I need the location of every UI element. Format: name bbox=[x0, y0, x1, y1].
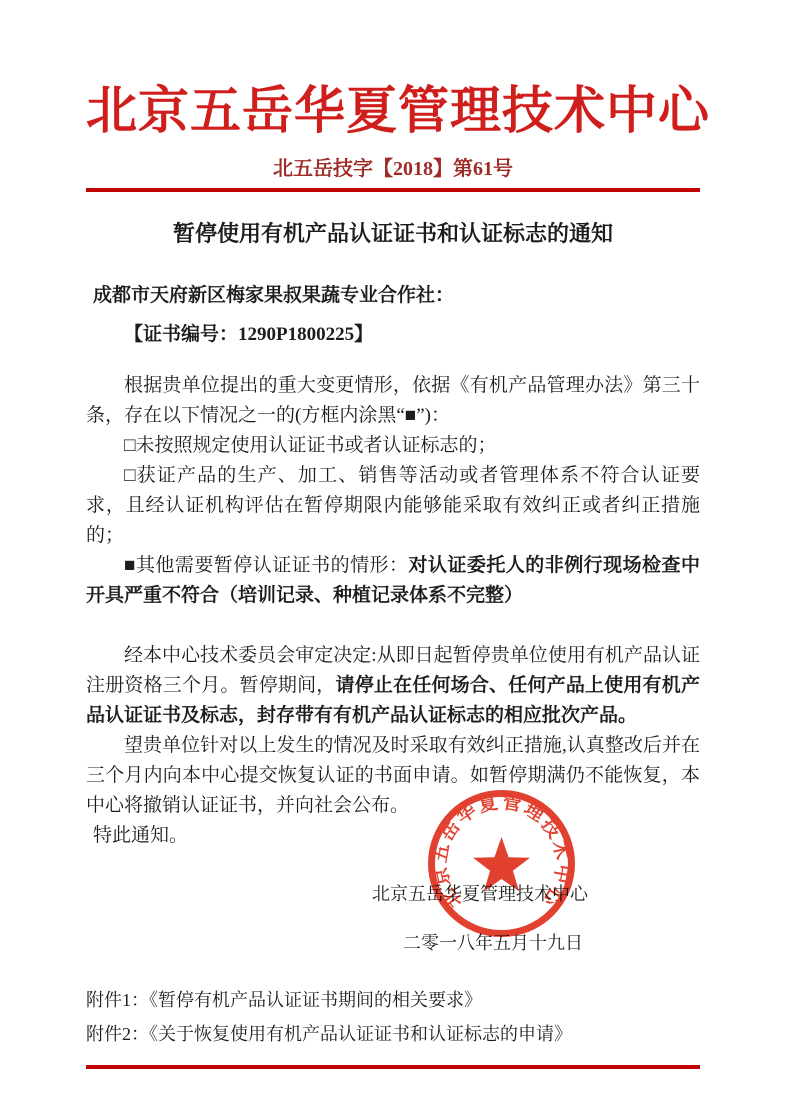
addressee-line: 成都市天府新区梅家果叔果蔬专业合作社： bbox=[86, 284, 700, 308]
attachment-item-1: 附件1：《暂停有机产品认证证书期间的相关要求》 bbox=[86, 983, 700, 1017]
header-divider-rule bbox=[86, 188, 700, 192]
paragraph-closing: 特此通知。 bbox=[86, 821, 700, 851]
paragraph-rectify: 望贵单位针对以上发生的情况及时采取有效纠正措施,认真整改后并在三个月内向本中心提… bbox=[86, 731, 700, 821]
checkbox-option-3-prefix: ■其他需要暂停认证证书的情形： bbox=[124, 555, 408, 576]
signature-org: 北京五岳华夏管理技术中心 bbox=[86, 881, 700, 908]
checkbox-option-2: □获证产品的生产、加工、销售等活动或者管理体系不符合认证要求，且经认证机构评估在… bbox=[86, 461, 700, 551]
attachment-item-2: 附件2：《关于恢复使用有机产品认证证书和认证标志的申请》 bbox=[86, 1017, 700, 1051]
document-page: 北京五岳华夏管理技术中心 北五岳技字【2018】第61号 暂停使用有机产品认证证… bbox=[0, 0, 786, 1115]
certificate-number-line: 【证书编号：1290P1800225】 bbox=[86, 323, 700, 347]
paragraph-intro: 根据贵单位提出的重大变更情形，依据《有机产品管理办法》第三十条，存在以下情况之一… bbox=[86, 371, 700, 431]
document-content: 北京五岳华夏管理技术中心 北五岳技字【2018】第61号 暂停使用有机产品认证证… bbox=[86, 78, 700, 1069]
signature-date: 二零一八年五月十九日 bbox=[86, 930, 700, 957]
body-text: 根据贵单位提出的重大变更情形，依据《有机产品管理办法》第三十条，存在以下情况之一… bbox=[86, 371, 700, 851]
org-title: 北京五岳华夏管理技术中心 bbox=[86, 78, 700, 144]
checkbox-option-3: ■其他需要暂停认证证书的情形：对认证委托人的非例行现场检查中开具严重不符合（培训… bbox=[86, 551, 700, 611]
notice-title: 暂停使用有机产品认证证书和认证标志的通知 bbox=[86, 220, 700, 247]
footer-divider-rule bbox=[86, 1065, 700, 1069]
paragraph-decision: 经本中心技术委员会审定决定:从即日起暂停贵单位使用有机产品认证注册资格三个月。暂… bbox=[86, 641, 700, 731]
doc-number: 北五岳技字【2018】第61号 bbox=[86, 157, 700, 182]
checkbox-option-1: □未按照规定使用认证证书或者认证标志的； bbox=[86, 431, 700, 461]
attachments-list: 附件1：《暂停有机产品认证证书期间的相关要求》 附件2：《关于恢复使用有机产品认… bbox=[86, 983, 700, 1051]
